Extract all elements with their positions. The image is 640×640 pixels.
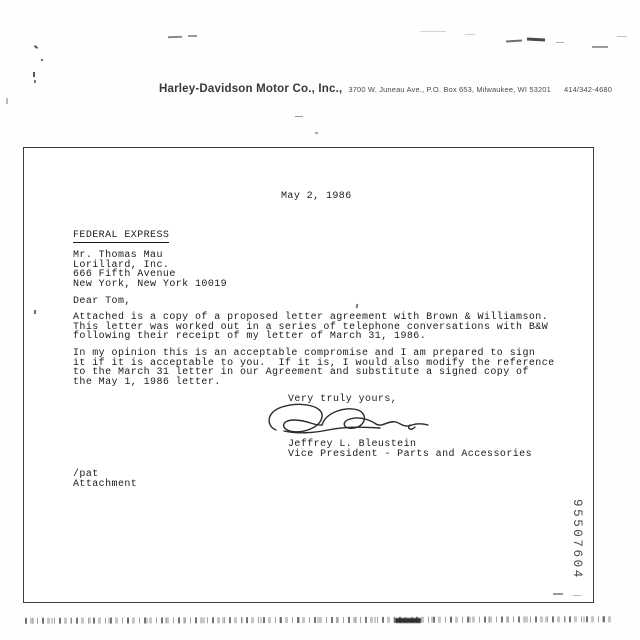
scan-artifact bbox=[34, 80, 36, 83]
scanned-letter-page: Harley-Davidson Motor Co., Inc., 3700 W.… bbox=[0, 0, 640, 640]
scan-artifact bbox=[34, 310, 37, 314]
recipient-city: New York, New York 10019 bbox=[73, 279, 227, 290]
letterhead-phone: 414/342-4680 bbox=[564, 85, 612, 94]
body-paragraph-2: In my opinion this is an acceptable comp… bbox=[73, 349, 555, 387]
handwritten-signature bbox=[262, 400, 432, 442]
scan-noise-strip bbox=[25, 616, 614, 624]
scan-artifact bbox=[315, 132, 318, 134]
scan-artifact bbox=[617, 36, 627, 37]
letter-frame: May 2, 1986 FEDERAL EXPRESS Mr. Thomas M… bbox=[23, 147, 594, 603]
body-paragraph-1: Attached is a copy of a proposed letter … bbox=[73, 313, 548, 342]
scan-noise-blob bbox=[395, 618, 421, 623]
recipient-address-block: Mr. Thomas Mau Lorillard, Inc. 666 Fifth… bbox=[73, 251, 227, 289]
signer-title: Vice President - Parts and Accessories bbox=[288, 450, 532, 460]
scan-artifact bbox=[188, 35, 197, 37]
letterhead-company-name: Harley-Davidson Motor Co., Inc., bbox=[159, 83, 342, 95]
letterhead: Harley-Davidson Motor Co., Inc., 3700 W.… bbox=[159, 83, 612, 95]
scan-artifact bbox=[6, 98, 8, 104]
scan-artifact bbox=[556, 42, 564, 43]
scan-artifact bbox=[506, 39, 522, 42]
scan-artifact bbox=[553, 593, 563, 595]
scan-artifact bbox=[573, 595, 581, 596]
scan-artifact bbox=[527, 38, 545, 41]
delivery-method-label: FEDERAL EXPRESS bbox=[73, 231, 169, 243]
scan-artifact bbox=[41, 59, 43, 61]
letter-date: May 2, 1986 bbox=[281, 192, 352, 202]
scan-artifact bbox=[33, 72, 35, 77]
scan-artifact bbox=[356, 304, 359, 308]
bates-number-stamp: 95507604 bbox=[569, 499, 584, 591]
scan-artifact bbox=[592, 46, 608, 48]
salutation: Dear Tom, bbox=[73, 297, 131, 307]
enclosure-note: Attachment bbox=[73, 480, 137, 490]
scan-artifact bbox=[34, 45, 38, 49]
scan-artifact bbox=[295, 116, 303, 117]
scan-artifact bbox=[168, 36, 182, 38]
scan-artifact bbox=[465, 34, 475, 35]
scan-artifact bbox=[420, 31, 446, 32]
letterhead-address: 3700 W. Juneau Ave., P.O. Box 653, Milwa… bbox=[348, 85, 551, 94]
